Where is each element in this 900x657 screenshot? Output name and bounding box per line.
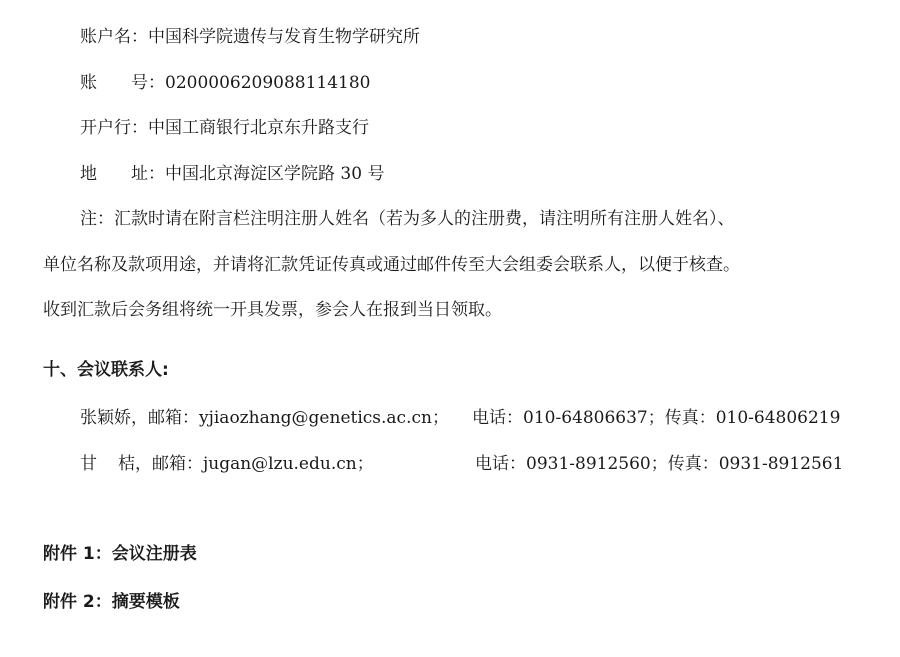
address-value: 中国北京海淀区学院路 30 号 <box>165 164 384 184</box>
contact-2-name-part1: 甘 <box>80 454 97 474</box>
account-name-value: 中国科学院遗传与发育生物学研究所 <box>148 27 420 47</box>
note-line-2: 单位名称及款项用途，并请将汇款凭证传真或通过邮件传至大会组委会联系人，以便于核查… <box>43 255 740 275</box>
account-name-label: 账户名： <box>80 27 148 47</box>
attachment-1: 附件 1：会议注册表 <box>43 544 197 564</box>
account-number-value: 0200006209088114180 <box>165 73 371 93</box>
contact-1-phone-fax: 电话：010-64806637；传真：010-64806219 <box>472 408 840 428</box>
section-ten-heading: 十、会议联系人: <box>43 360 169 380</box>
address-row: 地址：中国北京海淀区学院路 30 号 <box>80 164 384 184</box>
account-number-label-part1: 账 <box>80 73 97 93</box>
account-number-label-part2: 号： <box>131 73 165 93</box>
bank-value: 中国工商银行北京东升路支行 <box>148 118 369 138</box>
note-line-1: 注：汇款时请在附言栏注明注册人姓名（若为多人的注册费，请注明所有注册人姓名）、 <box>80 209 735 229</box>
attachment-1-label: 附件 1： <box>43 544 112 564</box>
attachment-2: 附件 2：摘要模板 <box>43 592 180 612</box>
address-label-part1: 地 <box>80 164 97 184</box>
bank-label: 开户行： <box>80 118 148 138</box>
contact-1-name: 张颖娇，邮箱： <box>80 408 199 428</box>
contact-2-phone-fax: 电话：0931-8912560；传真：0931-8912561 <box>475 454 843 474</box>
note-line-3: 收到汇款后会务组将统一开具发票，参会人在报到当日领取。 <box>43 300 502 320</box>
account-number-row: 账号：0200006209088114180 <box>80 73 371 93</box>
attachment-2-label: 附件 2： <box>43 592 112 612</box>
contact-row-1: 张颖娇，邮箱：yjiaozhang@genetics.ac.cn； <box>80 408 449 428</box>
bank-row: 开户行：中国工商银行北京东升路支行 <box>80 118 369 138</box>
contact-1-email: yjiaozhang@genetics.ac.cn； <box>199 408 449 428</box>
contact-2-name-part2: 桔，邮箱： <box>118 454 203 474</box>
address-label-part2: 址： <box>131 164 165 184</box>
account-name-row: 账户名：中国科学院遗传与发育生物学研究所 <box>80 27 420 47</box>
contact-2-email: jugan@lzu.edu.cn； <box>203 454 374 474</box>
attachment-1-title: 会议注册表 <box>112 544 197 564</box>
contact-row-2: 甘桔，邮箱：jugan@lzu.edu.cn； <box>80 454 374 474</box>
attachment-2-title: 摘要模板 <box>112 592 180 612</box>
